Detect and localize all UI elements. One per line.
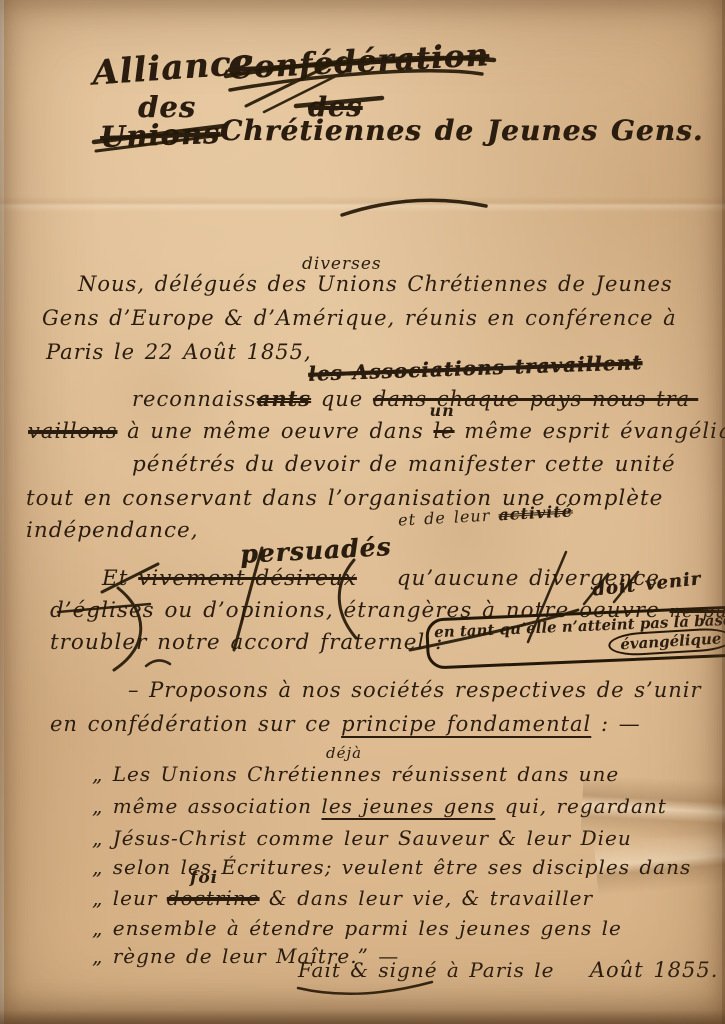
paragraph4-line1: Et vivement désireux qu’aucune divergenc…: [102, 566, 660, 591]
p4-struck-desireux: vivement désireux: [138, 566, 357, 591]
paper-edge-bottom: [0, 1010, 725, 1024]
paragraph1-line3: Paris le 22 Août 1855,: [46, 340, 312, 364]
p2-l2-struck-vaillons: vaillons: [28, 419, 117, 443]
p2-l2d: même esprit évangélique,: [464, 419, 725, 443]
p2-l1a: reconnaiss: [132, 387, 257, 411]
p1-l1b: Unions Chrétiennes de Jeunes: [317, 272, 673, 296]
insert-foi: foi: [190, 868, 218, 888]
p2-le-un-correction: leun: [433, 419, 454, 443]
signature-underline-flourish: [298, 982, 432, 994]
quote-line6: „ ensemble à étendre parmi les jeunes ge…: [92, 916, 622, 940]
p3-insert-struck: activité: [498, 501, 573, 524]
insert-diverses: diverses: [302, 254, 382, 274]
q-l5a: leur: [113, 886, 158, 910]
quote-mark: „: [92, 762, 103, 786]
horizontal-fold-crease: [0, 196, 725, 212]
quote-mark: „: [92, 855, 103, 879]
paragraph3-line3: indépendance,: [26, 518, 199, 543]
q-l1a: Les Unions Chrétiennes: [113, 762, 382, 786]
quote-mark: „: [92, 916, 103, 940]
insert-un: un: [429, 401, 454, 420]
p2-l1-struck: dans chaque pays nous tra-: [373, 387, 698, 411]
p1-l1a: Nous, délégués des: [78, 272, 307, 296]
paragraph4-line3: troubler notre accord fraternel :: [50, 630, 443, 655]
p4-l1a: Et: [102, 566, 128, 591]
p2-l1b: que: [321, 387, 363, 411]
p2-l2b: à une même oeuvre dans: [127, 419, 424, 443]
quote-mark: „: [92, 794, 103, 818]
quote-line1: „ Les Unions Chrétiennes réunissent dans…: [92, 762, 619, 786]
manuscript-page: Alliance Confédération des des Unions Ch…: [0, 0, 725, 1024]
p3-insert-a: et de leur: [398, 506, 491, 530]
p5-l2c: : —: [601, 712, 641, 736]
paragraph5-line1: – Proposons à nos sociétés respectives d…: [128, 678, 702, 702]
paper-edge-left: [0, 0, 4, 1024]
q-underlined-jeunes-gens: les jeunes gens: [321, 794, 495, 818]
quote-mark: „: [92, 944, 103, 968]
p2-struck-le: le: [433, 419, 454, 443]
paragraph1-line1: Nous, délégués des Unions Chrétiennes de…: [78, 272, 673, 296]
paragraph2-line2: vaillons à une même oeuvre dans leun mêm…: [28, 419, 725, 443]
quote-line3: „ Jésus-Christ comme leur Sauveur & leur…: [92, 826, 632, 850]
paragraph1-line2: Gens d’Europe & d’Amérique, réunis en co…: [42, 306, 677, 330]
signature-line: Fait & signé à Paris le Août 1855.: [298, 958, 718, 982]
footer-text: Fait & signé à Paris le: [298, 958, 555, 982]
q-l1b: réunissent dans une: [391, 762, 619, 786]
q-l6: ensemble à étendre parmi les jeunes gens…: [113, 916, 622, 940]
p5-l2a: en confédération sur ce: [50, 712, 331, 736]
insert-persuades: persuadés: [239, 532, 392, 569]
title-struck-confederation: Confédération: [227, 37, 490, 87]
paragraph3-line1: pénétrés du devoir de manifester cette u…: [132, 452, 676, 477]
p2-scribbled-ending: ants: [257, 386, 311, 411]
quote-mark: „: [92, 886, 103, 910]
p5-underlined-principle: principe fondamental: [341, 712, 591, 736]
q-l2a: même association: [113, 794, 312, 818]
q-l3: Jésus-Christ comme leur Sauveur & leur D…: [113, 826, 632, 850]
q-struck-doctrine: doctrine: [167, 886, 260, 910]
q-l2c: qui, regardant: [505, 794, 667, 818]
struck-insert-associations: les Associations travaillent: [308, 350, 643, 386]
quote-line4: „ selon les Écritures; veulent être ses …: [92, 855, 691, 879]
title-text: Chrétiennes de Jeunes Gens.: [220, 114, 703, 147]
quote-line5: „ leur doctrine & dans leur vie, & trava…: [92, 886, 593, 910]
paragraph5-line2: en confédération sur ce principe fondame…: [50, 712, 641, 736]
q-l5c: & dans leur vie, & travailler: [269, 886, 593, 910]
insert-deja: déjà: [326, 744, 362, 762]
footer-date: Août 1855.: [590, 958, 719, 982]
quote-mark: „: [92, 826, 103, 850]
title-struck-unions: Unions: [99, 116, 220, 154]
paragraph2-line1: reconnaissants que dans chaque pays nous…: [132, 386, 698, 411]
quote-line2: „ même association les jeunes gens qui, …: [92, 794, 667, 818]
